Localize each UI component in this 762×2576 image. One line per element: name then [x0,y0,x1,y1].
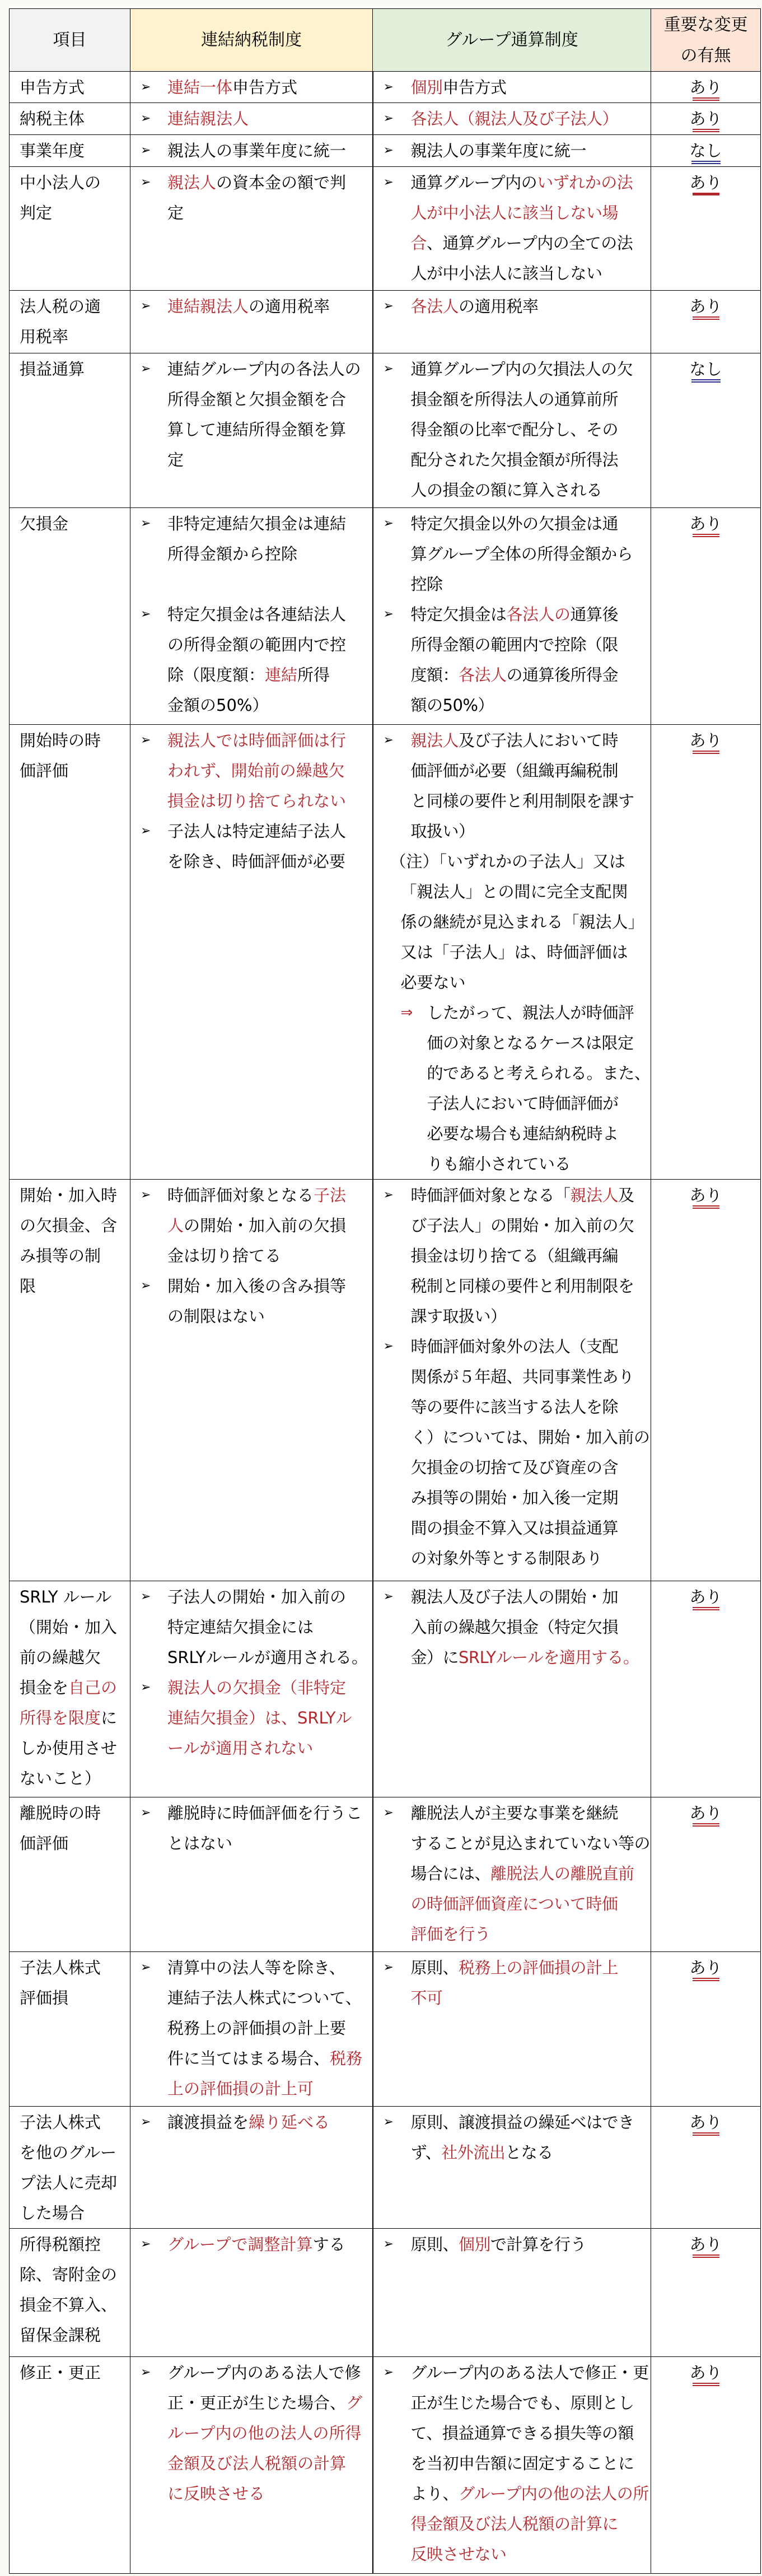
bullet-arrowhead-icon: ➢ [141,291,151,322]
group-cell: ➢原則、税務上の評価損の計上 不可 [373,1952,651,2107]
consolidated-cell: ➢連結一体申告方式 [130,72,373,103]
body-text: 通算グループ内の欠損法人の欠 損金額を所得法人の通算前所 得金額の比率で配分し、… [411,360,633,500]
body-text: グループ内のある法人で修正・更 正が生じた場合でも、原則とし て、損益通算できる… [411,2363,649,2503]
change-cell: あり [651,1952,761,2107]
bullet-arrowhead-icon: ➢ [141,1673,151,1703]
bullet-point: ➢原則、税務上の評価損の計上 不可 [373,1953,651,2013]
bullet-arrowhead-icon: ➢ [384,1798,394,1828]
group-cell: ➢特定欠損金以外の欠損金は通 算グループ全体の所得金額から 控除 ➢特定欠損金は… [373,508,651,725]
body-text: 子法人の開始・加入前の 特定連結欠損金には SRLYルールが適用される。 [167,1587,368,1667]
bullet-point: ➢親法人では時価評価は行 われず、開始前の繰越欠 損金は切り捨てられない [130,725,372,816]
row-subsidiary-share-valuation-loss: 子法人株式 評価損 ➢清算中の法人等を除き、 連結子法人株式について、 税務上の… [10,1952,761,2107]
bullet-point: ➢親法人の資本金の額で判 定 [130,167,372,228]
emphasis-text: グループで調整計算 [167,2235,313,2254]
red-double-underline-mark [693,316,719,320]
comparison-table: 項目 連結納税制度 グループ通算制度 重要な変更 の有無 申告方式 ➢連結一体申… [9,8,761,2574]
row-filing-method: 申告方式 ➢連結一体申告方式 ➢個別申告方式 あり [10,72,761,103]
emphasis-text: 親法人では時価評価は行 われず、開始前の繰越欠 損金は切り捨てられない [167,731,346,810]
item-cell: 開始・加入時 の欠損金、含 み損等の制 限 [10,1180,130,1581]
body-text: 原則、 [411,1958,459,1977]
bullet-point: ➢各法人の適用税率 [373,291,651,322]
body-text: の適用税率 [459,297,539,316]
body-text: 時価評価対象となる [167,1186,314,1205]
item-label: 子法人株式 を他のグルー プ法人に売却 した場合 [20,2113,117,2223]
bullet-arrowhead-icon: ➢ [141,72,151,103]
bullet-point: ➢連結グループ内の各法人の 所得金額と欠損金額を合 算して連結所得金額を算 定 [130,354,372,475]
emphasis-text: 親法人の欠損金（非特定 連結欠損金）は、SRLYル ールが適用されない [167,1678,352,1758]
note-text: （注）「いずれかの子法人」又は 「親法人」との間に完全支配関 係の継続が見込まれ… [390,852,644,992]
group-cell: ➢通算グループ内のいずれかの法 人が中小法人に該当しない場 合、通算グループ内の… [373,167,651,291]
consolidated-cell: ➢親法人の事業年度に統一 [130,135,373,167]
consolidated-cell: ➢子法人の開始・加入前の 特定連結欠損金には SRLYルールが適用される。 ➢親… [130,1581,373,1797]
emphasis-text: 各法人（親法人及び子法人） [411,109,619,128]
bullet-arrowhead-icon: ➢ [141,725,151,756]
bullet-point: ➢時価評価対象外の法人（支配 関係が５年超、共同事業性あり 等の要件に該当する法… [373,1331,651,1573]
consolidated-cell: ➢連結親法人 [130,103,373,135]
change-status-label: あり [689,1186,722,1205]
change-status-label: なし [689,141,722,160]
item-cell: 損益通算 [10,353,130,508]
bullet-point: ➢非特定連結欠損金は連結 所得金額から控除 [130,509,372,569]
change-status-label: あり [689,1587,722,1606]
item-cell: 開始時の時 価評価 [10,725,130,1180]
bullet-point: ➢時価評価対象となる「親法人及 び子法人」の開始・加入前の欠 損金は切り捨てる（… [373,1180,651,1331]
group-cell: ➢離脱法人が主要な事業を継続 することが見込まれていない等の 場合には、離脱法人… [373,1797,651,1952]
item-cell: 離脱時の時 価評価 [10,1797,130,1952]
group-cell: ➢親法人及び子法人において時 価評価が必要（組織再編税制 と同様の要件と利用制限… [373,725,651,1180]
red-double-underline-mark [693,2383,719,2386]
body-text: 非特定連結欠損金は連結 所得金額から控除 [167,514,346,563]
bullet-arrowhead-icon: ➢ [141,2229,151,2260]
body-text: 親法人の事業年度に統一 [167,141,346,160]
row-profit-loss-offset: 損益通算 ➢連結グループ内の各法人の 所得金額と欠損金額を合 算して連結所得金額… [10,353,761,508]
row-taxpayer-entity: 納税主体 ➢連結親法人 ➢各法人（親法人及び子法人） あり [10,103,761,135]
group-cell: ➢時価評価対象となる「親法人及 び子法人」の開始・加入前の欠 損金は切り捨てる（… [373,1180,651,1581]
consolidated-cell: ➢譲渡損益を繰り延べる [130,2107,373,2229]
bullet-arrowhead-icon: ➢ [384,1331,394,1362]
consolidated-cell: ➢非特定連結欠損金は連結 所得金額から控除 ➢特定欠損金は各連結法人 の所得金額… [130,508,373,725]
row-applicable-tax-rate: 法人税の適 用税率 ➢連結親法人の適用税率 ➢各法人の適用税率 あり [10,291,761,353]
emphasis-text: 社外流出 [441,2143,505,2162]
change-cell: あり [651,103,761,135]
bullet-arrowhead-icon: ➢ [141,599,151,630]
body-text: する [313,2235,345,2254]
item-label: 申告方式 [20,78,85,97]
item-label: 損益通算 [20,360,85,379]
header-group-relief: グループ通算制度 [373,9,651,72]
item-cell: 納税主体 [10,103,130,135]
item-cell: SRLY ルール （開始・加入 前の繰越欠 損金を自己の 所得を限度に しか使用… [10,1581,130,1797]
bullet-point: ➢子法人は特定連結子法人 を除き、時価評価が必要 [130,816,372,877]
body-text: グループ内のある法人で修 正・更正が生じた場合、 [167,2363,361,2412]
bullet-arrowhead-icon: ➢ [384,2229,394,2260]
bullet-arrowhead-icon: ➢ [141,104,151,134]
item-cell: 子法人株式 評価損 [10,1952,130,2107]
row-loss-carryforward: 欠損金 ➢非特定連結欠損金は連結 所得金額から控除 ➢特定欠損金は各連結法人 の… [10,508,761,725]
change-cell: あり [651,2107,761,2229]
bullet-point: ➢グループで調整計算する [130,2229,372,2260]
consolidated-cell: ➢親法人では時価評価は行 われず、開始前の繰越欠 損金は切り捨てられない ➢子法… [130,725,373,1180]
item-cell: 修正・更正 [10,2357,130,2574]
red-double-underline-mark [693,751,719,754]
emphasis-text: 連結親法人 [167,109,249,128]
row-fiscal-year: 事業年度 ➢親法人の事業年度に統一 ➢親法人の事業年度に統一 なし [10,135,761,167]
item-label: 開始時の時 価評価 [20,731,101,780]
change-cell: なし [651,353,761,508]
item-label: 所得税額控 除、寄附金の 損金不算入、 留保金課税 [20,2235,117,2345]
body-text: 譲渡損益を [167,2113,249,2132]
emphasis-text: 各法人の [507,605,571,624]
bullet-point: ➢離脱時に時価評価を行うこ とはない [130,1798,372,1858]
row-exit-market-valuation: 離脱時の時 価評価 ➢離脱時に時価評価を行うこ とはない ➢離脱法人が主要な事業… [10,1797,761,1952]
bullet-point: ➢各法人（親法人及び子法人） [373,104,651,134]
change-cell: あり [651,72,761,103]
body-text: 親法人の事業年度に統一 [411,141,587,160]
red-double-underline-mark [693,129,719,132]
consolidated-cell: ➢時価評価対象となる子法 人の開始・加入前の欠損 金は切り捨てる ➢開始・加入後… [130,1180,373,1581]
bullet-point: ➢特定欠損金以外の欠損金は通 算グループ全体の所得金額から 控除 [373,509,651,599]
body-text: 申告方式 [443,78,507,97]
red-double-underline-mark [693,2132,719,2136]
body-text: 通算グループ内の [411,173,537,192]
emphasis-text: 繰り延べる [249,2113,330,2132]
change-status-label: あり [689,297,722,316]
item-label: 開始・加入時 の欠損金、含 み損等の制 限 [20,1186,117,1296]
consolidated-cell: ➢グループで調整計算する [130,2229,373,2357]
body-text: したがって、親法人が時価評 価の対象となるケースは限定 的であると考えられる。ま… [427,1003,651,1173]
bullet-arrowhead-icon: ➢ [141,1180,151,1210]
item-label: 法人税の適 用税率 [20,297,101,346]
item-label: 離脱時の時 価評価 [20,1804,101,1853]
bullet-arrowhead-icon: ➢ [141,167,151,198]
item-label: 子法人株式 評価損 [20,1958,101,2007]
item-cell: 所得税額控 除、寄附金の 損金不算入、 留保金課税 [10,2229,130,2357]
body-text: となる [505,2143,553,2162]
change-cell: あり [651,167,761,291]
bullet-arrowhead-icon: ➢ [141,1953,151,1983]
bullet-point: ➢グループ内のある法人で修 正・更正が生じた場合、グ ループ内の他の法人の所得 … [130,2358,372,2509]
bullet-point: ➢連結親法人の適用税率 [130,291,372,322]
row-tax-credit-donation-retained-earnings: 所得税額控 除、寄附金の 損金不算入、 留保金課税 ➢グループで調整計算する ➢… [10,2229,761,2357]
note-block: （注）「いずれかの子法人」又は 「親法人」との間に完全支配関 係の継続が見込まれ… [373,846,651,998]
item-label: 修正・更正 [20,2363,101,2382]
row-srly-rule: SRLY ルール （開始・加入 前の繰越欠 損金を自己の 所得を限度に しか使用… [10,1581,761,1797]
bullet-point: ➢グループ内のある法人で修正・更 正が生じた場合でも、原則とし て、損益通算でき… [373,2358,651,2569]
item-cell: 法人税の適 用税率 [10,291,130,353]
body-text: 連結グループ内の各法人の 所得金額と欠損金額を合 算して連結所得金額を算 定 [167,360,361,469]
group-cell: ➢原則、個別で計算を行う [373,2229,651,2357]
change-status-label: あり [689,731,722,750]
bullet-arrowhead-icon: ➢ [141,2358,151,2388]
body-text: 原則、 [411,2235,459,2254]
change-cell: あり [651,2357,761,2574]
bullet-arrowhead-icon: ➢ [384,1180,394,1210]
bullet-point: ➢親法人の事業年度に統一 [130,136,372,166]
body-text: 時価評価対象外の法人（支配 関係が５年超、共同事業性あり 等の要件に該当する法人… [411,1337,650,1568]
blue-double-underline-mark [691,161,721,164]
bullet-arrowhead-icon: ➢ [141,816,151,846]
body-text: 特定欠損金は [411,605,507,624]
bullet-point: ➢開始・加入後の含み損等 の制限はない [130,1271,372,1331]
row-start-market-valuation: 開始時の時 価評価 ➢親法人では時価評価は行 われず、開始前の繰越欠 損金は切り… [10,725,761,1180]
emphasis-text: 連結親法人 [167,297,249,316]
bullet-point: ➢親法人及び子法人において時 価評価が必要（組織再編税制 と同様の要件と利用制限… [373,725,651,846]
consolidated-cell: ➢グループ内のある法人で修 正・更正が生じた場合、グ ループ内の他の法人の所得 … [130,2357,373,2574]
change-cell: あり [651,1581,761,1797]
consolidated-cell: ➢離脱時に時価評価を行うこ とはない [130,1797,373,1952]
bullet-point: ➢連結一体申告方式 [130,72,372,103]
item-cell: 子法人株式 を他のグルー プ法人に売却 した場合 [10,2107,130,2229]
body-text: 、通算グループ内の全ての法 人が中小法人に該当しない [411,234,633,283]
emphasis-text: 連結一体 [167,78,232,97]
item-label: 中小法人の 判定 [20,173,101,222]
body-text: で計算を行う [490,2235,586,2254]
row-sme-determination: 中小法人の 判定 ➢親法人の資本金の額で判 定 ➢通算グループ内のいずれかの法 … [10,167,761,291]
consolidated-cell: ➢連結グループ内の各法人の 所得金額と欠損金額を合 算して連結所得金額を算 定 [130,353,373,508]
change-status-label: あり [689,2235,722,2254]
bullet-point: ➢通算グループ内の欠損法人の欠 損金額を所得法人の通算前所 得金額の比率で配分し… [373,354,651,505]
change-status-label: あり [689,514,722,533]
consolidated-cell: ➢親法人の資本金の額で判 定 [130,167,373,291]
bullet-point: ➢個別申告方式 [373,72,651,103]
bullet-arrowhead-icon: ➢ [141,2107,151,2137]
bullet-point: ➢親法人及び子法人の開始・加 入前の繰越欠損金（特定欠損 金）にSRLYルールを… [373,1582,651,1673]
bullet-point: ➢譲渡損益を繰り延べる [130,2107,372,2137]
bullet-arrowhead-icon: ➢ [384,1582,394,1612]
consolidated-cell: ➢連結親法人の適用税率 [130,291,373,353]
bullet-point: ➢特定欠損金は各連結法人 の所得金額の範囲内で控 除（限度額：連結所得 金額の5… [130,599,372,720]
change-cell: あり [651,1797,761,1952]
bullet-point: ➢通算グループ内のいずれかの法 人が中小法人に該当しない場 合、通算グループ内の… [373,167,651,288]
change-cell: あり [651,2229,761,2357]
red-double-underline-mark [693,1978,719,1981]
bullet-arrowhead-icon: ➢ [384,2107,394,2137]
body-text: の適用税率 [249,297,330,316]
blue-double-underline-mark [691,379,721,383]
change-status-label: なし [689,360,722,379]
group-cell: ➢親法人及び子法人の開始・加 入前の繰越欠損金（特定欠損 金）にSRLYルールを… [373,1581,651,1797]
item-label: 事業年度 [20,141,85,160]
change-status-label: あり [689,2363,722,2382]
body-text: 時価評価対象となる「 [411,1186,571,1205]
bullet-point: ➢清算中の法人等を除き、 連結子法人株式について、 税務上の評価損の計上要 件に… [130,1953,372,2104]
row-amendment-correction: 修正・更正 ➢グループ内のある法人で修 正・更正が生じた場合、グ ループ内の他の… [10,2357,761,2574]
emphasis-text: 各法人 [411,297,459,316]
change-status-label: あり [689,1804,722,1823]
header-row: 項目 連結納税制度 グループ通算制度 重要な変更 の有無 [10,9,761,72]
group-cell: ➢各法人（親法人及び子法人） [373,103,651,135]
red-double-underline-mark [693,1823,719,1827]
header-consolidated-tax: 連結納税制度 [130,9,373,72]
header-significant-change: 重要な変更 の有無 [651,9,761,72]
red-double-underline-mark [693,1205,719,1209]
red-underline-mark [693,193,719,195]
bullet-arrowhead-icon: ➢ [141,1271,151,1301]
row-start-join-loss-restriction: 開始・加入時 の欠損金、含 み損等の制 限 ➢時価評価対象となる子法 人の開始・… [10,1180,761,1581]
change-cell: あり [651,508,761,725]
bullet-arrowhead-icon: ➢ [384,2358,394,2388]
bullet-point: ➢特定欠損金は各法人の通算後 所得金額の範囲内で控除（限 度額：各法人の通算後所… [373,599,651,720]
change-cell: あり [651,1180,761,1581]
bullet-arrowhead-icon: ➢ [384,1953,394,1983]
conclusion-point: ⇒したがって、親法人が時価評 価の対象となるケースは限定 的であると考えられる。… [373,998,651,1179]
body-text: 子法人は特定連結子法人 を除き、時価評価が必要 [167,822,346,871]
bullet-arrowhead-icon: ➢ [384,72,394,103]
bullet-point: ➢親法人の事業年度に統一 [373,136,651,166]
bullet-arrowhead-icon: ➢ [384,354,394,384]
group-cell: ➢各法人の適用税率 [373,291,651,353]
change-cell: あり [651,725,761,1180]
bullet-point: ➢離脱法人が主要な事業を継続 することが見込まれていない等の 場合には、離脱法人… [373,1798,651,1949]
red-double-underline-mark [693,1607,719,1610]
emphasis-text: 個別 [411,78,443,97]
body-text: 申告方式 [232,78,297,97]
item-cell: 事業年度 [10,135,130,167]
item-label: 納税主体 [20,109,85,128]
bullet-arrowhead-icon: ➢ [141,354,151,384]
bullet-arrowhead-icon: ➢ [141,509,151,539]
group-cell: ➢通算グループ内の欠損法人の欠 損金額を所得法人の通算前所 得金額の比率で配分し… [373,353,651,508]
change-cell: なし [651,135,761,167]
change-cell: あり [651,291,761,353]
emphasis-text: 各法人 [459,665,507,684]
emphasis-text: SRLYルールを適用する。 [459,1648,639,1667]
header-item: 項目 [10,9,130,72]
change-status-label: あり [689,78,722,97]
bullet-arrowhead-icon: ➢ [384,725,394,756]
bullet-arrowhead-icon: ➢ [141,1582,151,1612]
item-label: 欠損金 [20,514,68,533]
bullet-point: ➢時価評価対象となる子法 人の開始・加入前の欠損 金は切り捨てる [130,1180,372,1271]
change-status-label: あり [689,173,722,192]
item-cell: 中小法人の 判定 [10,167,130,291]
item-cell: 申告方式 [10,72,130,103]
red-double-underline-mark [693,97,719,101]
bullet-arrowhead-icon: ➢ [141,1798,151,1828]
red-double-underline-mark [693,534,719,537]
emphasis-text: 親法人 [571,1186,619,1205]
group-cell: ➢原則、譲渡損益の繰延べはでき ず、社外流出となる [373,2107,651,2229]
bullet-arrowhead-icon: ➢ [384,509,394,539]
red-double-underline-mark [693,2254,719,2258]
group-cell: ➢個別申告方式 [373,72,651,103]
bullet-arrowhead-icon: ➢ [384,136,394,166]
emphasis-text: 親法人 [167,173,216,192]
bullet-point: ➢親法人の欠損金（非特定 連結欠損金）は、SRLYル ールが適用されない [130,1673,372,1763]
bullet-arrowhead-icon: ➢ [384,599,394,630]
row-subsidiary-share-transfer: 子法人株式 を他のグルー プ法人に売却 した場合 ➢譲渡損益を繰り延べる ➢原則… [10,2107,761,2229]
bullet-arrowhead-icon: ➢ [384,167,394,198]
emphasis-text: 個別 [459,2235,490,2254]
change-status-label: あり [689,1958,722,1977]
change-status-label: あり [689,2113,722,2132]
body-text: 開始・加入後の含み損等 の制限はない [167,1277,346,1326]
consolidated-cell: ➢清算中の法人等を除き、 連結子法人株式について、 税務上の評価損の計上要 件に… [130,1952,373,2107]
item-cell: 欠損金 [10,508,130,725]
bullet-arrowhead-icon: ➢ [384,104,394,134]
emphasis-text: 親法人 [411,731,459,750]
emphasis-text: 連結 [265,665,297,684]
body-text: の開始・加入前の欠損 金は切り捨てる [167,1216,346,1265]
bullet-arrowhead-icon: ➢ [141,136,151,166]
bullet-arrowhead-icon: ➢ [384,291,394,322]
body-text: 及 び子法人」の開始・加入前の欠 損金は切り捨てる（組織再編 税制と同様の要件と… [411,1186,634,1326]
change-status-label: あり [689,109,722,128]
double-arrow-right-icon: ⇒ [401,998,413,1028]
bullet-point: ➢原則、譲渡損益の繰延べはでき ず、社外流出となる [373,2107,651,2168]
body-text: 特定欠損金以外の欠損金は通 算グループ全体の所得金額から 控除 [411,514,633,594]
body-text: 離脱時に時価評価を行うこ とはない [167,1804,362,1853]
group-cell: ➢グループ内のある法人で修正・更 正が生じた場合でも、原則とし て、損益通算でき… [373,2357,651,2574]
bullet-point: ➢子法人の開始・加入前の 特定連結欠損金には SRLYルールが適用される。 [130,1582,372,1673]
bullet-point: ➢連結親法人 [130,104,372,134]
bullet-point: ➢原則、個別で計算を行う [373,2229,651,2260]
group-cell: ➢親法人の事業年度に統一 [373,135,651,167]
